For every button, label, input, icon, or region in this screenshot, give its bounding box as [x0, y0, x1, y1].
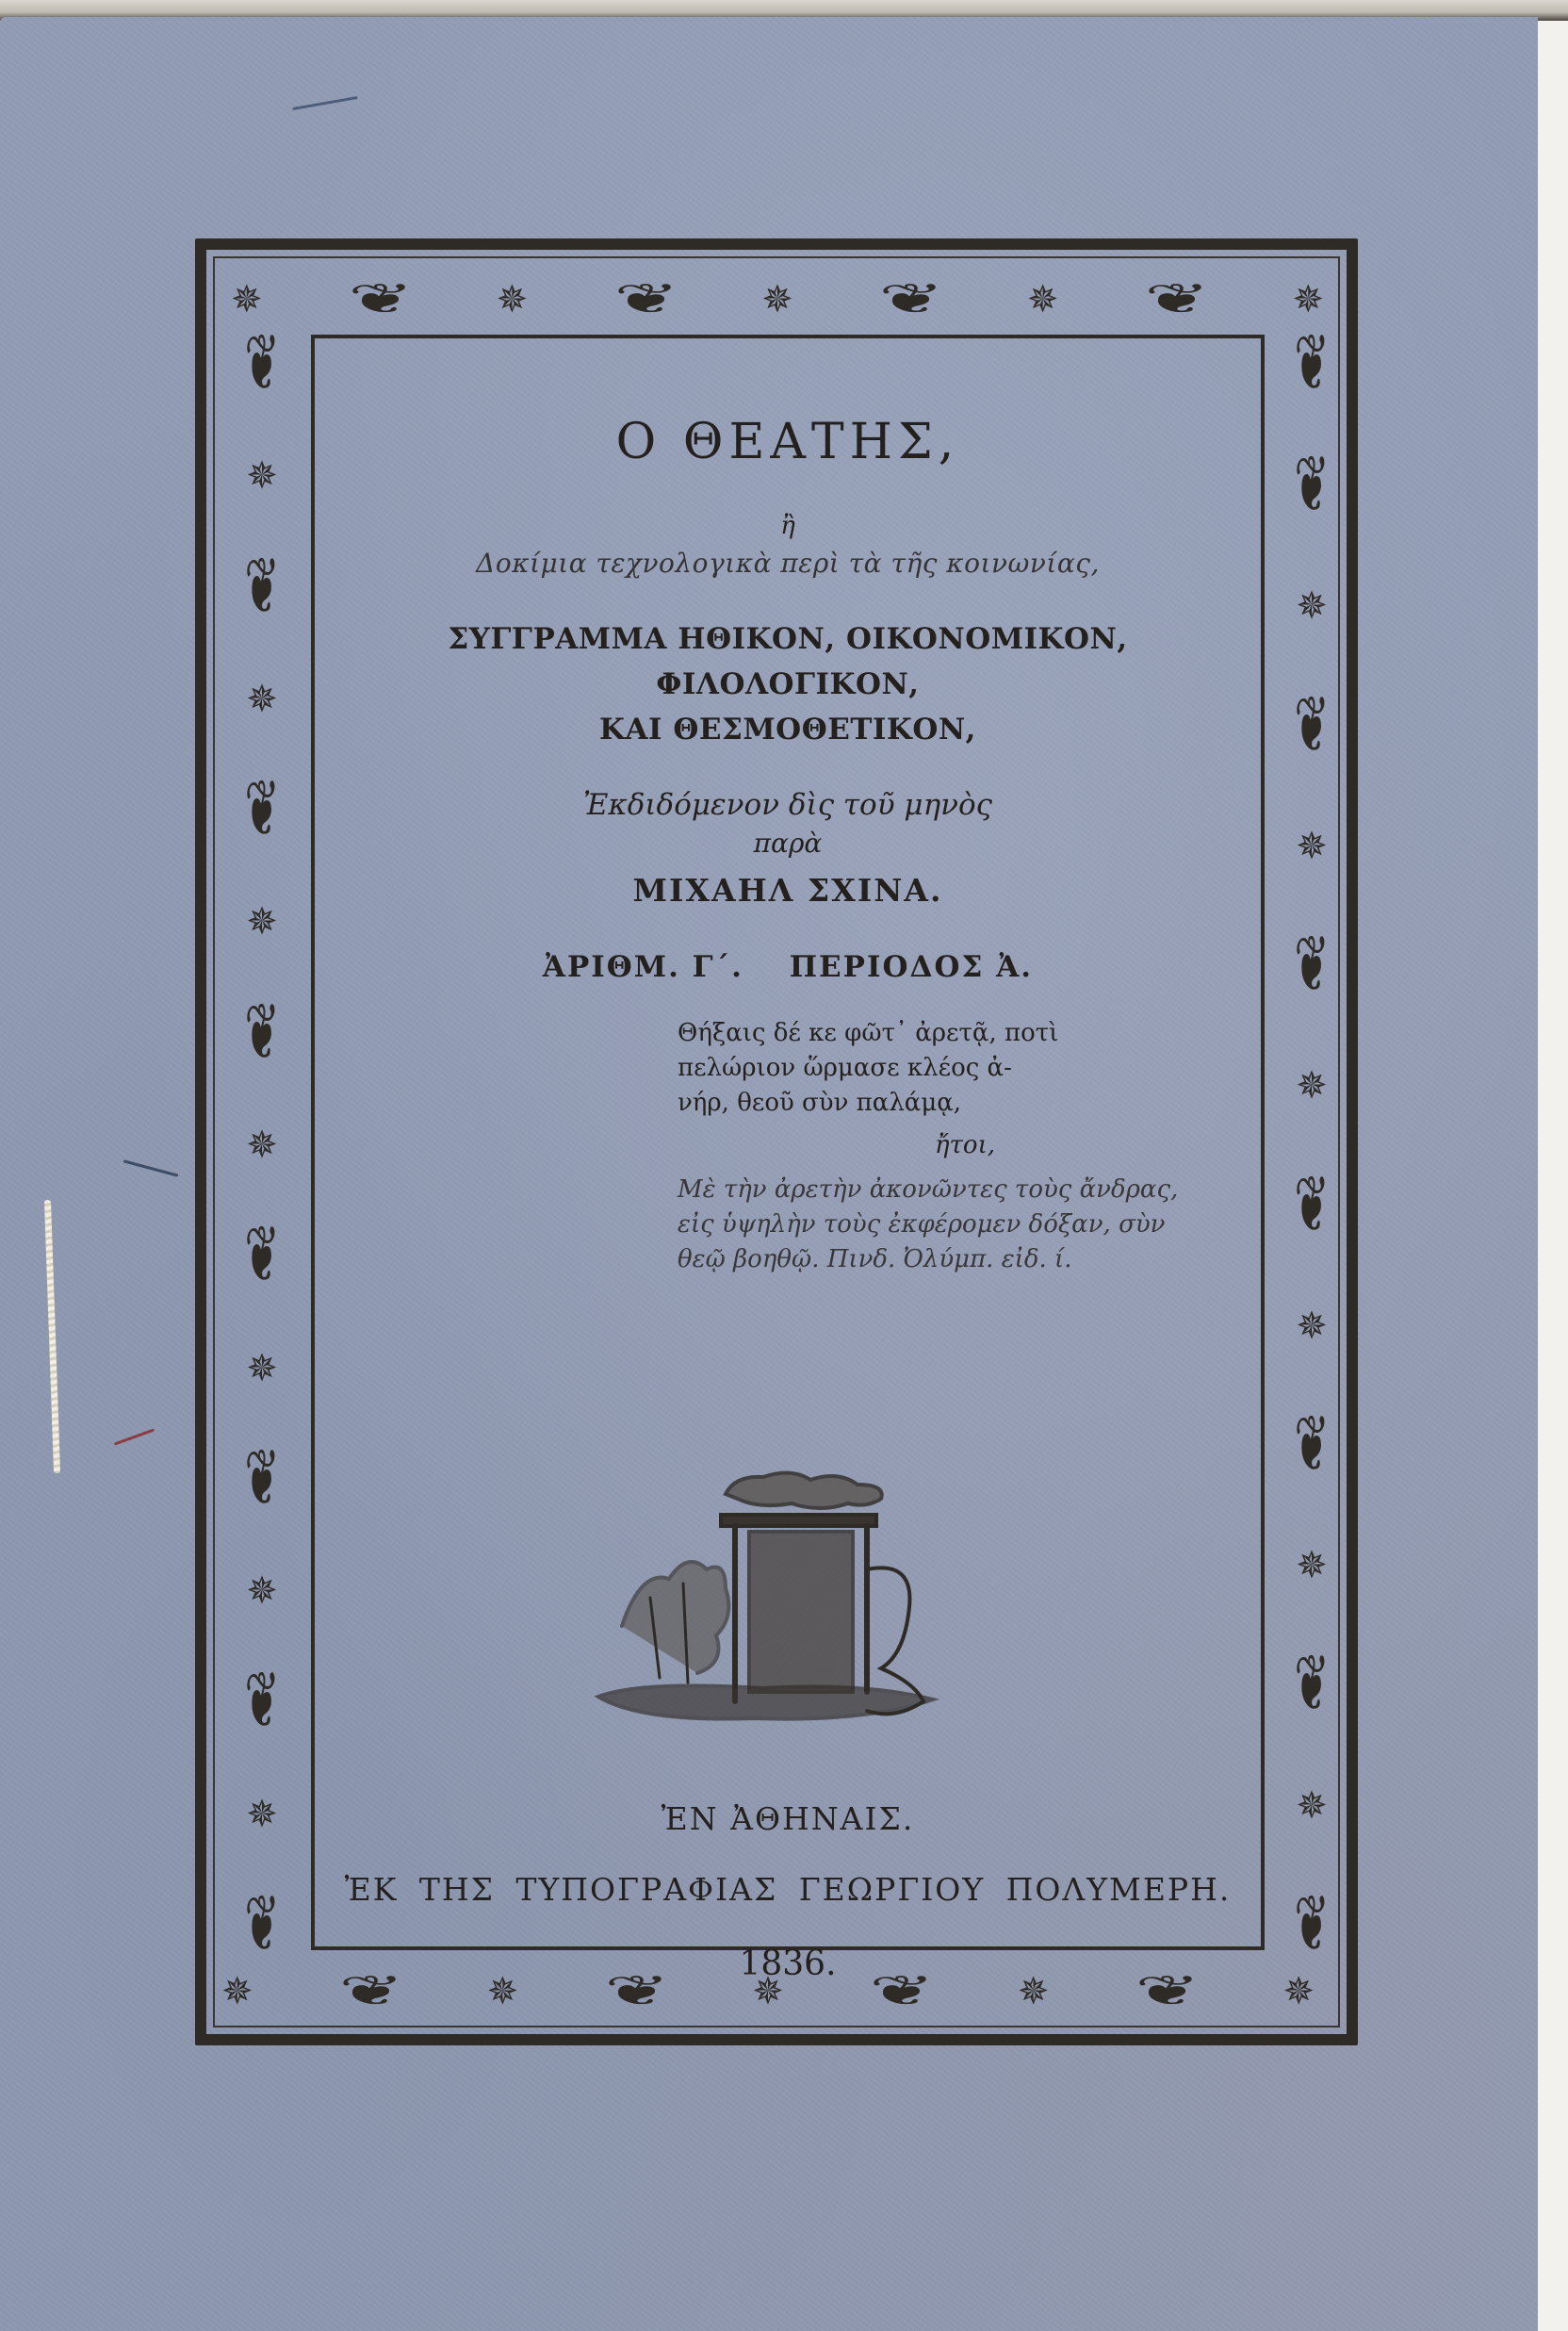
star-ornament-icon: ✵: [246, 1126, 278, 1164]
oval-rosette-ornament-icon: ❦: [348, 279, 410, 320]
author-name: ΜΙΧΑΗΛ ΣΧΙΝΑ.: [315, 872, 1261, 909]
imprint-printer: ἘΚ ΤΗΣ ΤΥΠΟΓΡΑΦΙΑΣ ΓΕΩΡΓΙΟΥ ΠΟΛΥΜΕΡΗ.: [315, 1871, 1261, 1908]
paper-fiber: [114, 1428, 155, 1445]
issue-line: ἈΡΙΘΜ. Γ΄. ΠΕΡΙΟΔΟΣ Ἀ.: [315, 950, 1261, 984]
star-ornament-icon: ✵: [1027, 281, 1059, 319]
star-ornament-icon: ✵: [1296, 1787, 1328, 1825]
oval-rosette-ornament-icon: ❦: [1295, 1886, 1330, 1965]
genre-line-1: ΣΥΓΓΡΑΜΜΑ ΗΘΙΚΟΝ, ΟΙΚΟΝΟΜΙΚΟΝ, ΦΙΛΟΛΟΓΙΚ…: [315, 616, 1261, 707]
star-ornament-icon: ✵: [1296, 1307, 1328, 1345]
issue-number: ἈΡΙΘΜ. Γ΄.: [543, 950, 743, 984]
star-ornament-icon: ✵: [231, 281, 263, 319]
oval-rosette-ornament-icon: ❦: [1295, 687, 1330, 766]
oval-rosette-ornament-icon: ❦: [1295, 1406, 1330, 1486]
star-ornament-icon: ✵: [1296, 1547, 1328, 1584]
oval-rosette-ornament-icon: ❦: [1295, 1167, 1330, 1246]
star-ornament-icon: ✵: [1296, 828, 1328, 865]
period-number: ΠΕΡΙΟΔΟΣ Ἀ.: [790, 950, 1033, 984]
oval-rosette-ornament-icon: ❦: [613, 279, 676, 320]
star-ornament-icon: ✵: [1296, 1067, 1328, 1105]
paper-fiber: [123, 1159, 179, 1176]
oval-rosette-ornament-icon: ❦: [245, 325, 280, 404]
star-ornament-icon: ✵: [246, 1796, 278, 1833]
star-ornament-icon: ✵: [497, 281, 529, 319]
left-ornament-band: ❦ ✵ ❦ ✵ ❦ ✵ ❦ ✵ ❦ ✵ ❦ ✵ ❦ ✵ ❦: [234, 344, 290, 1946]
star-ornament-icon: ✵: [761, 281, 793, 319]
genre-line-2: ΚΑΙ ΘΕΣΜΟΘΕΤΙΚΟΝ,: [315, 707, 1261, 752]
star-ornament-icon: ✵: [1282, 1973, 1315, 2011]
urn-with-serpent-icon: [584, 1456, 942, 1725]
star-ornament-icon: ✵: [1292, 281, 1324, 319]
epigraph: Θήξαις δέ κε φῶτ᾽ ἀρετᾷ, ποτὶ πελώριον ὥ…: [678, 1016, 1252, 1277]
oval-rosette-ornament-icon: ❦: [245, 1440, 280, 1519]
oval-rosette-ornament-icon: ❦: [245, 1217, 280, 1296]
oval-rosette-ornament-icon: ❦: [879, 279, 941, 320]
title-conjunction: ἢ: [315, 512, 1261, 540]
right-ornament-band: ❦ ❦ ✵ ❦ ✵ ❦ ✵ ❦ ✵ ❦ ✵ ❦ ✵ ❦: [1283, 344, 1340, 1946]
binding-stitch: [44, 1200, 60, 1473]
publication-frequency: Ἐκδιδόμενον δὶς τοῦ μηνὸς: [315, 788, 1261, 822]
paper-fiber: [292, 96, 357, 110]
oval-rosette-ornament-icon: ❦: [1295, 447, 1330, 526]
star-ornament-icon: ✵: [221, 1973, 253, 2011]
star-ornament-icon: ✵: [246, 681, 278, 718]
subtitle: Δοκίμια τεχνολογικὰ περὶ τὰ τῆς κοινωνία…: [315, 548, 1261, 579]
star-ornament-icon: ✵: [246, 903, 278, 941]
oval-rosette-ornament-icon: ❦: [245, 994, 280, 1074]
top-ornament-band: ✵ ❦ ✵ ❦ ✵ ❦ ✵ ❦ ✵: [231, 273, 1324, 325]
by-line-preposition: παρὰ: [315, 828, 1261, 859]
oval-rosette-ornament-icon: ❦: [1295, 325, 1330, 404]
oval-rosette-ornament-icon: ❦: [245, 1664, 280, 1743]
page-title: Ο ΘΕΑΤΗΣ,: [315, 414, 1261, 470]
oval-rosette-ornament-icon: ❦: [245, 771, 280, 850]
epigraph-greek: Θήξαις δέ κε φῶτ᾽ ἀρετᾷ, ποτὶ πελώριον ὥ…: [678, 1016, 1252, 1121]
oval-rosette-ornament-icon: ❦: [245, 1886, 280, 1965]
oval-rosette-ornament-icon: ❦: [1295, 927, 1330, 1006]
star-ornament-icon: ✵: [246, 1572, 278, 1610]
title-page-content: Ο ΘΕΑΤΗΣ, ἢ Δοκίμια τεχνολογικὰ περὶ τὰ …: [315, 338, 1261, 1277]
epigraph-translation: Μὲ τὴν ἀρετὴν ἀκονῶντες τοὺς ἄνδρας, εἰς…: [678, 1173, 1252, 1277]
oval-rosette-ornament-icon: ❦: [1295, 1647, 1330, 1726]
oval-rosette-ornament-icon: ❦: [245, 549, 280, 628]
star-ornament-icon: ✵: [246, 1350, 278, 1387]
star-ornament-icon: ✵: [1296, 587, 1328, 625]
imprint-year: 1836.: [315, 1945, 1261, 1983]
imprint-place: ἘΝ ἈΘΗΝΑΙΣ.: [315, 1800, 1261, 1837]
oval-rosette-ornament-icon: ❦: [1144, 279, 1206, 320]
star-ornament-icon: ✵: [246, 457, 278, 495]
epigraph-separator: ἤτοι,: [678, 1128, 1252, 1163]
